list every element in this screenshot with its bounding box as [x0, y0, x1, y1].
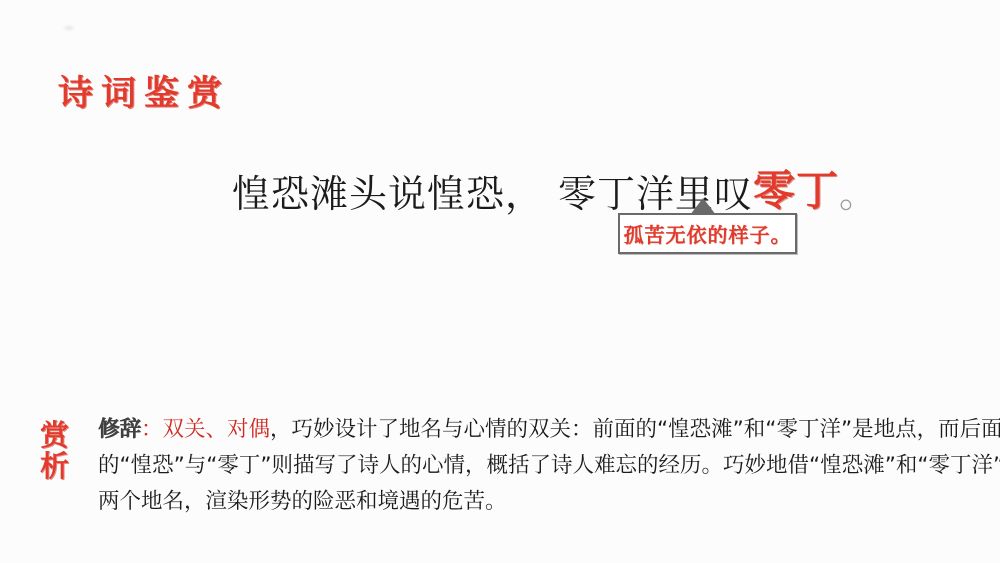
callout-up-arrow-icon — [690, 198, 716, 215]
analysis-section-label: 赏 析 — [40, 420, 69, 482]
analysis-label-char-2: 析 — [40, 451, 69, 482]
paragraph-line-2: 的“惶恐”与“零丁”则描写了诗人的心情，概括了诗人难忘的经历。巧妙地借“惶恐滩”… — [98, 448, 978, 484]
rhetoric-term-label: 修辞 — [98, 417, 141, 442]
poem-first-clause: 惶恐滩头说惶恐， — [232, 172, 544, 216]
analysis-label-char-1: 赏 — [40, 420, 69, 451]
paragraph-line-1: 修辞：双关、对偶，巧妙设计了地名与心情的双关：前面的“惶恐滩”和“零丁洋”是地点… — [98, 412, 978, 448]
paragraph-line-1-rest: ，巧妙设计了地名与心情的双关：前面的“惶恐滩”和“零丁洋”是地点，而后面 — [270, 417, 1000, 442]
poem-period: 。 — [839, 172, 878, 216]
faint-smudge-mark — [62, 24, 76, 32]
callout-text: 孤苦无依的样子。 — [624, 219, 792, 248]
rhetoric-term-red: ：双关、对偶 — [141, 417, 270, 442]
poem-second-clause: 零丁洋里叹 — [558, 172, 753, 216]
annotation-callout: 孤苦无依的样子。 — [618, 213, 797, 254]
presentation-slide: 诗词鉴赏 惶恐滩头说惶恐，零丁洋里叹零丁。 孤苦无依的样子。 赏 析 修辞：双关… — [0, 0, 1000, 563]
poem-highlight-term: 零丁 — [753, 166, 839, 215]
paragraph-line-3: 两个地名，渲染形势的险恶和境遇的危苦。 — [98, 484, 978, 520]
poem-line: 惶恐滩头说惶恐，零丁洋里叹零丁。 — [232, 160, 878, 220]
page-title: 诗词鉴赏 — [58, 66, 230, 116]
analysis-paragraph: 修辞：双关、对偶，巧妙设计了地名与心情的双关：前面的“惶恐滩”和“零丁洋”是地点… — [98, 412, 978, 520]
